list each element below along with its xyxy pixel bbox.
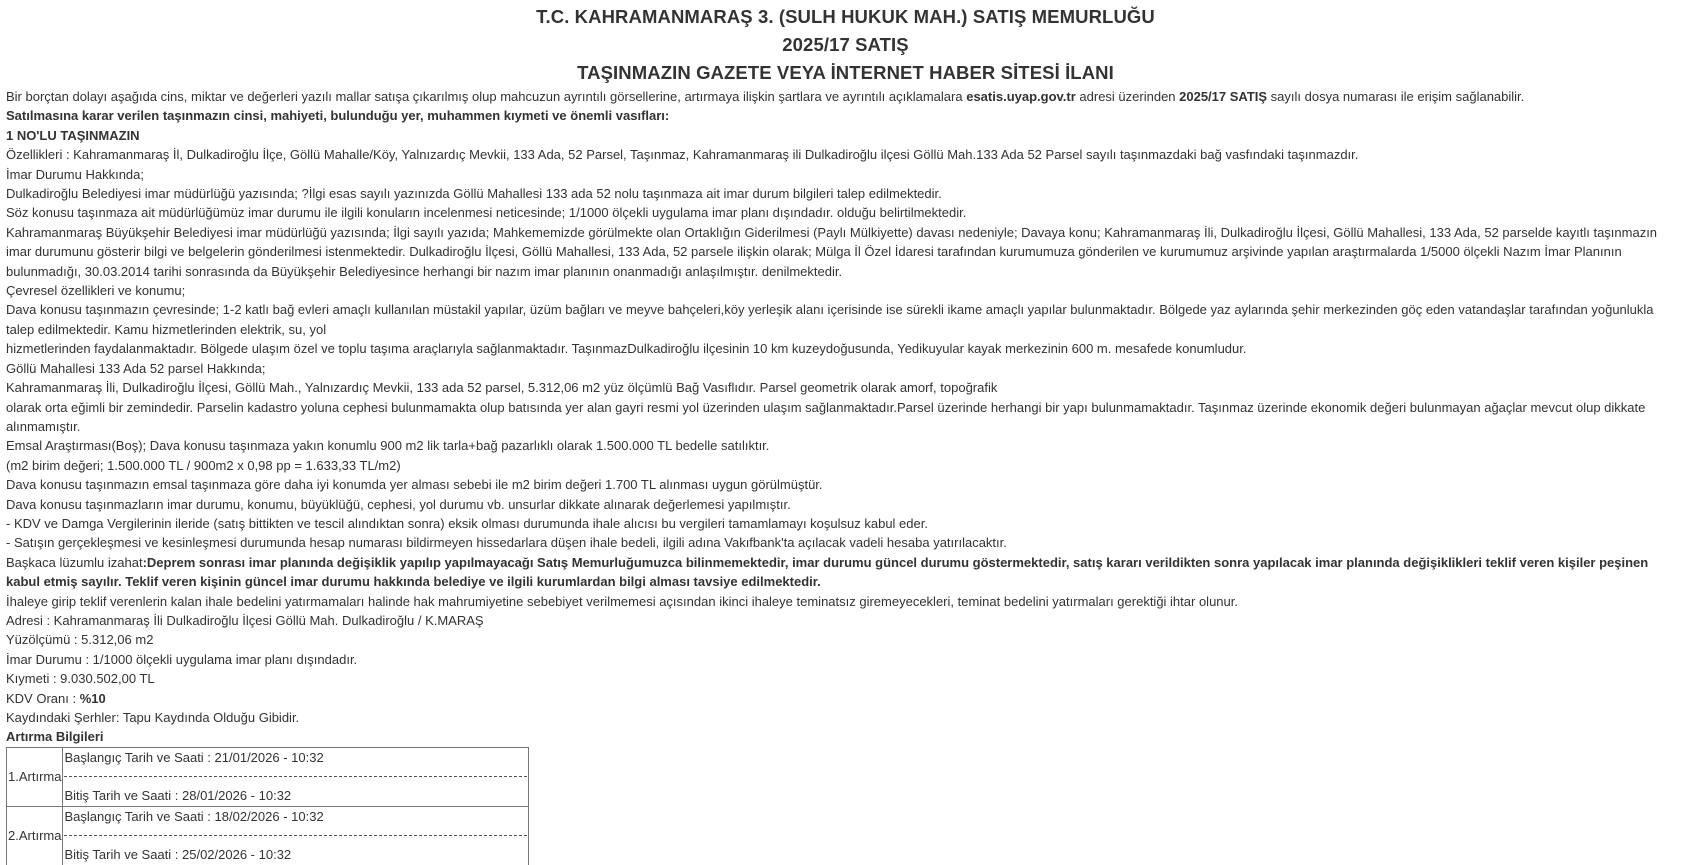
auction-heading: Artırma Bilgileri — [6, 727, 1685, 746]
auction-row: 2.Artırma Başlangıç Tarih ve Saati : 18/… — [7, 806, 529, 865]
vat-value: %10 — [80, 691, 106, 706]
file-number: 2025/17 SATIŞ — [1179, 89, 1267, 104]
auction-round-dates: Başlangıç Tarih ve Saati : 21/01/2026 - … — [63, 747, 529, 806]
zoning-text: İmar Durumu : 1/1000 ölçekli uygulama im… — [6, 650, 1685, 669]
annotations-text: Kaydındaki Şerhler: Tapu Kaydında Olduğu… — [6, 708, 1685, 727]
auction-start: Başlangıç Tarih ve Saati : 18/02/2026 - … — [64, 807, 527, 827]
extra-note: Başkaca lüzumlu izahat:Deprem sonrası im… — [6, 553, 1685, 592]
property-paragraph: Özellikleri : Kahramanmaraş İl, Dulkadir… — [6, 145, 1685, 164]
extra-note-label: Başkaca lüzumlu izahat — [6, 555, 143, 570]
section-heading: Satılmasına karar verilen taşınmazın cin… — [6, 106, 1685, 125]
property-paragraph: Kahramanmaraş Büyükşehir Belediyesi imar… — [6, 223, 1685, 281]
office-title: T.C. KAHRAMANMARAŞ 3. (SULH HUKUK MAH.) … — [6, 0, 1685, 30]
auction-start: Başlangıç Tarih ve Saati : 21/01/2026 - … — [64, 748, 527, 768]
area-text: Yüzölçümü : 5.312,06 m2 — [6, 630, 1685, 649]
dashed-divider — [64, 776, 527, 777]
auction-round-label: 2.Artırma — [7, 806, 63, 865]
intro-text: Bir borçtan dolayı aşağıda cins, miktar … — [6, 89, 966, 104]
property-paragraph: - KDV ve Damga Vergilerinin ileride (sat… — [6, 514, 1685, 533]
vat-label: KDV Oranı : — [6, 691, 80, 706]
property-paragraph: Dava konusu taşınmazların imar durumu, k… — [6, 495, 1685, 514]
auction-end: Bitiş Tarih ve Saati : 28/01/2026 - 10:3… — [64, 786, 527, 806]
announcement-title: TAŞINMAZIN GAZETE VEYA İNTERNET HABER Sİ… — [6, 57, 1685, 87]
property-paragraph: Dulkadiroğlu Belediyesi imar müdürlüğü y… — [6, 184, 1685, 203]
auction-row: 1.Artırma Başlangıç Tarih ve Saati : 21/… — [7, 747, 529, 806]
property-paragraph: Emsal Araştırması(Boş); Dava konusu taşı… — [6, 436, 1685, 455]
property-paragraph: Kahramanmaraş İli, Dulkadiroğlu İlçesi, … — [6, 378, 1685, 397]
warning-text: İhaleye girip teklif verenlerin kalan ih… — [6, 592, 1685, 611]
property-paragraph: - Satışın gerçekleşmesi ve kesinleşmesi … — [6, 533, 1685, 552]
file-number-title: 2025/17 SATIŞ — [6, 30, 1685, 57]
vat-text: KDV Oranı : %10 — [6, 689, 1685, 708]
auction-end: Bitiş Tarih ve Saati : 25/02/2026 - 10:3… — [64, 845, 527, 865]
auction-round-dates: Başlangıç Tarih ve Saati : 18/02/2026 - … — [63, 806, 529, 865]
dashed-divider — [64, 835, 527, 836]
extra-note-text: :Deprem sonrası imar planında değişiklik… — [6, 555, 1648, 589]
property-details: Özellikleri : Kahramanmaraş İl, Dulkadir… — [6, 145, 1685, 553]
property-title: 1 NO'LU TAŞINMAZIN — [6, 126, 1685, 145]
property-paragraph: İmar Durumu Hakkında; — [6, 165, 1685, 184]
property-paragraph: Dava konusu taşınmazın çevresinde; 1-2 k… — [6, 300, 1685, 339]
auction-round-label: 1.Artırma — [7, 747, 63, 806]
property-paragraph: (m2 birim değeri; 1.500.000 TL / 900m2 x… — [6, 456, 1685, 475]
esatis-link[interactable]: esatis.uyap.gov.tr — [966, 89, 1076, 104]
auction-table: 1.Artırma Başlangıç Tarih ve Saati : 21/… — [6, 747, 529, 865]
address-text: Adresi : Kahramanmaraş İli Dulkadiroğlu … — [6, 611, 1685, 630]
property-paragraph: Çevresel özellikleri ve konumu; — [6, 281, 1685, 300]
value-text: Kıymeti : 9.030.502,00 TL — [6, 669, 1685, 688]
announcement-page: T.C. KAHRAMANMARAŞ 3. (SULH HUKUK MAH.) … — [0, 0, 1691, 865]
intro-paragraph: Bir borçtan dolayı aşağıda cins, miktar … — [6, 87, 1685, 106]
property-paragraph: hizmetlerinden faydalanmaktadır. Bölgede… — [6, 339, 1685, 358]
intro-text-end: sayılı dosya numarası ile erişim sağlana… — [1267, 89, 1524, 104]
property-paragraph: Dava konusu taşınmazın emsal taşınmaza g… — [6, 475, 1685, 494]
property-paragraph: olarak orta eğimli bir zemindedir. Parse… — [6, 398, 1685, 437]
property-paragraph: Göllü Mahallesi 133 Ada 52 parsel Hakkın… — [6, 359, 1685, 378]
property-paragraph: Söz konusu taşınmaza ait müdürlüğümüz im… — [6, 203, 1685, 222]
intro-text-middle: adresi üzerinden — [1076, 89, 1179, 104]
